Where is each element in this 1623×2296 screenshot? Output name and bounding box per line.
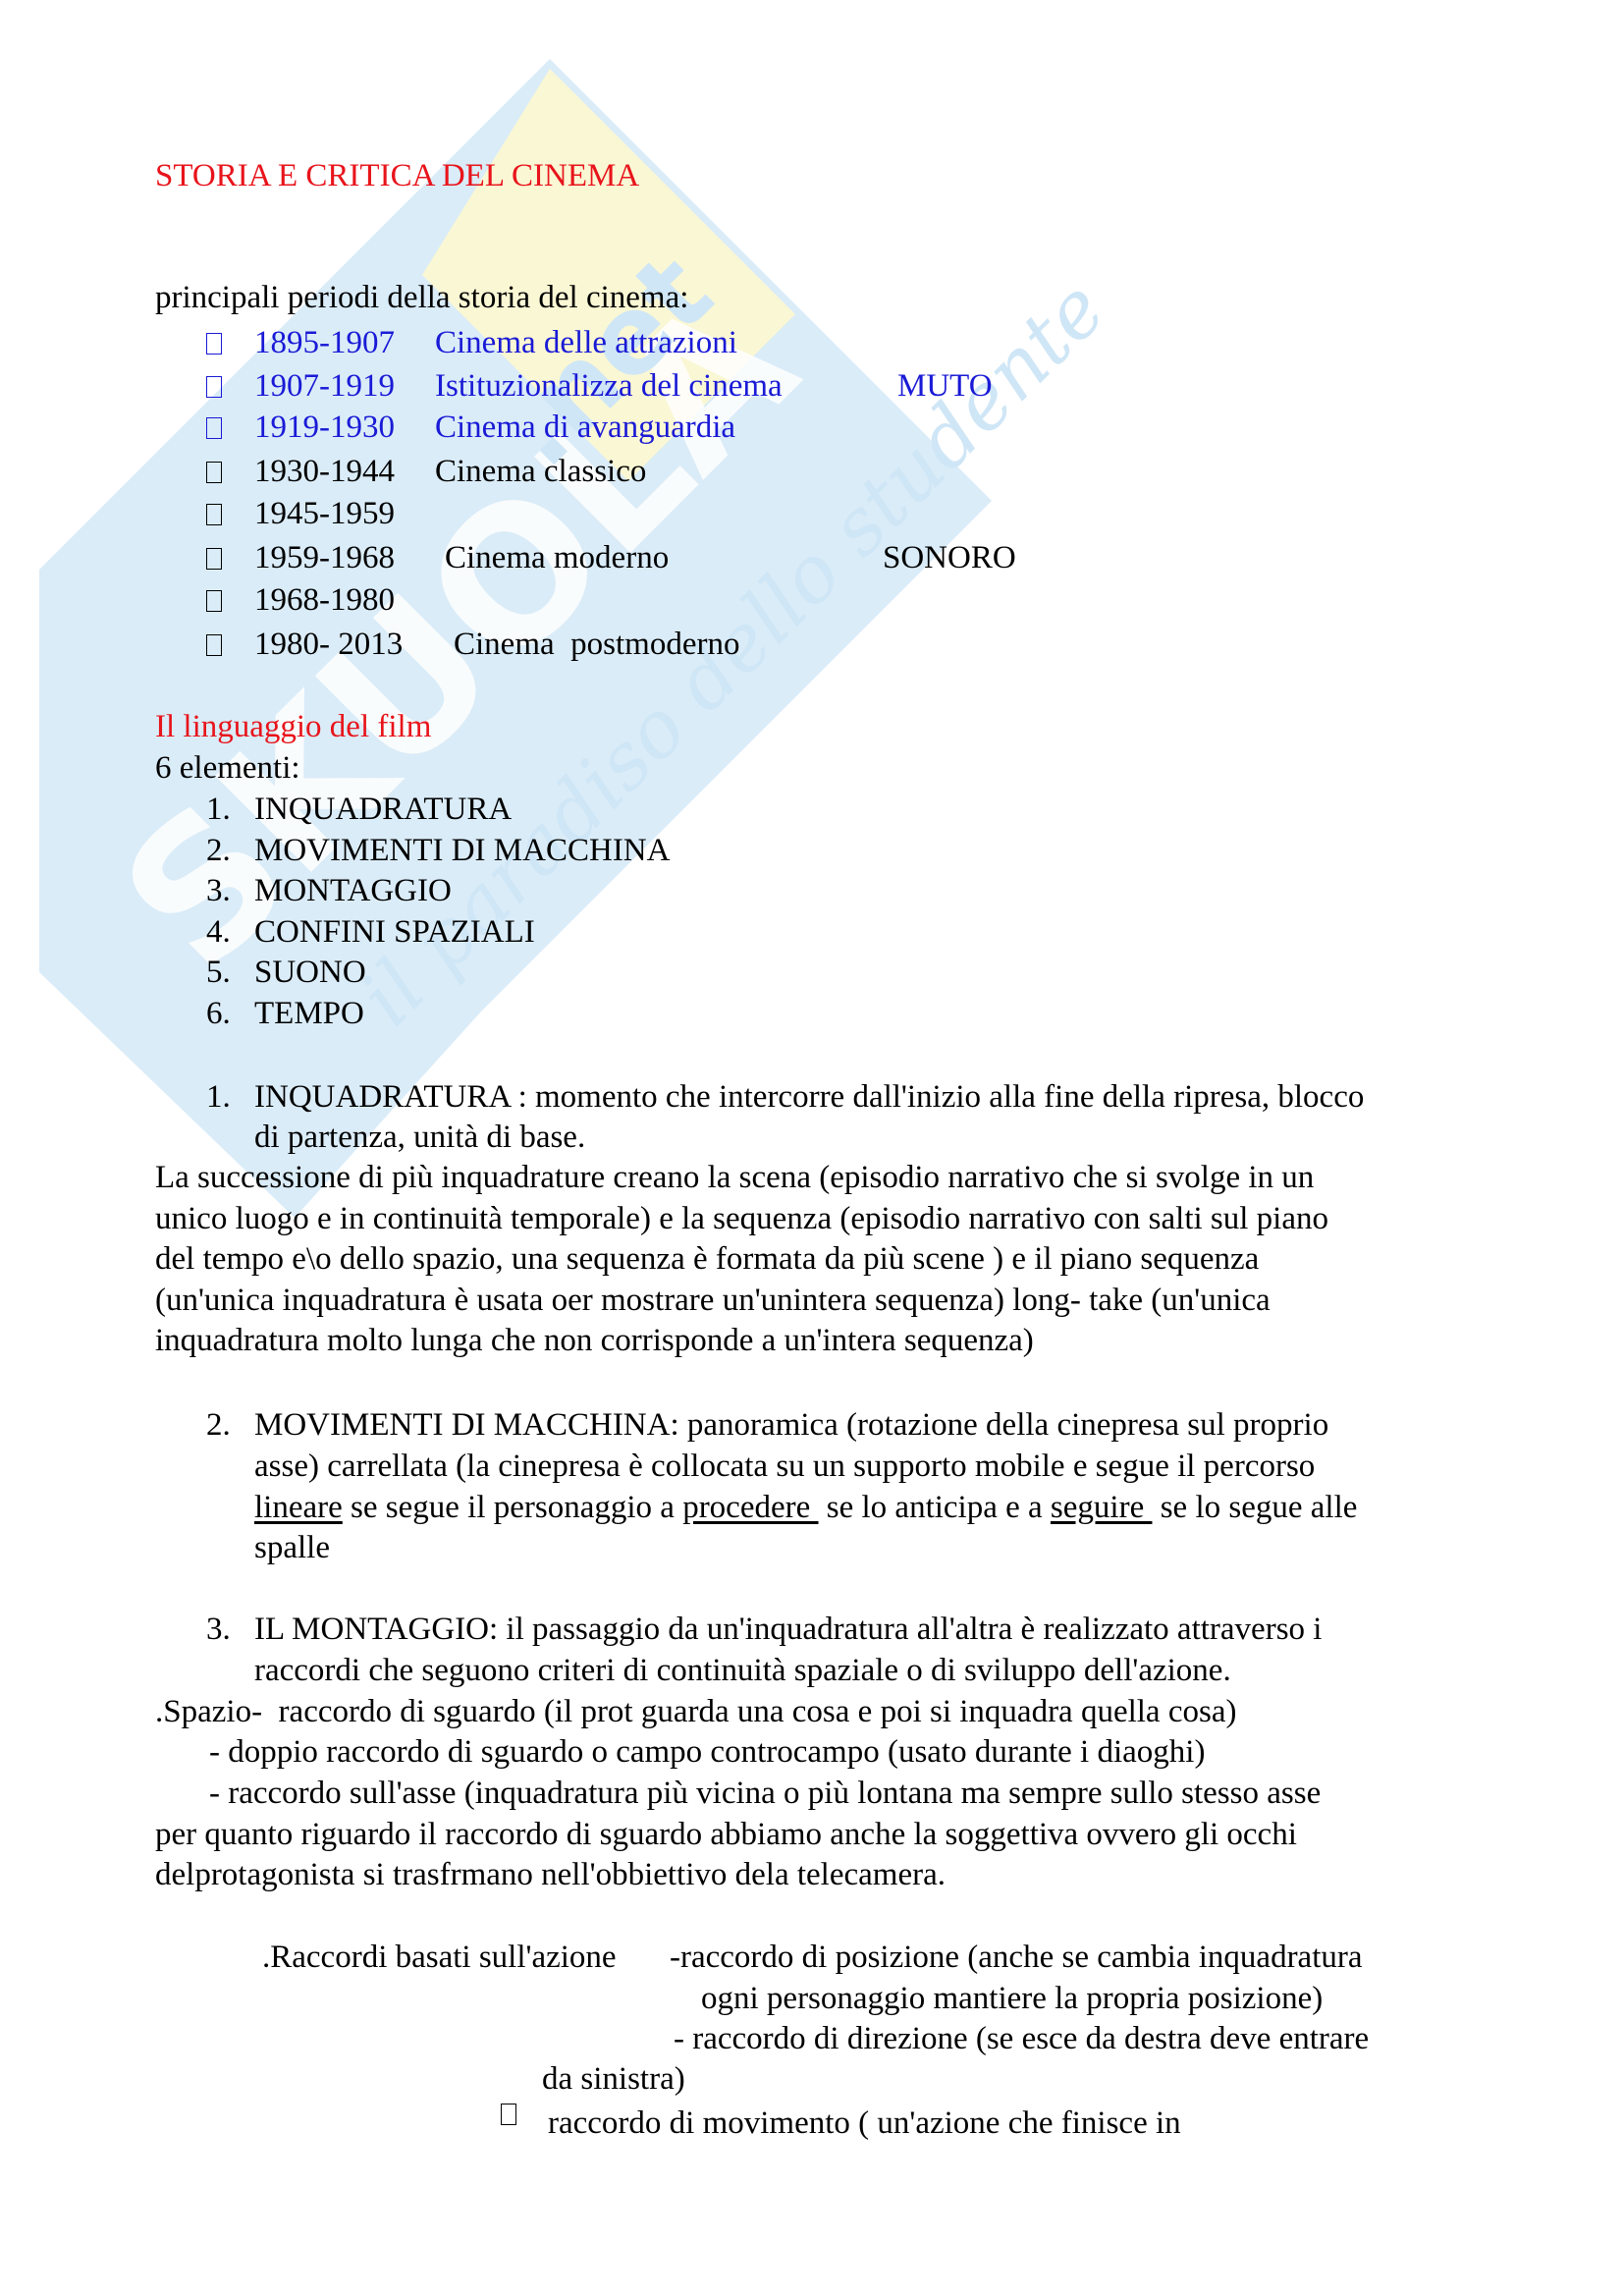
raccordo-direzione-line-2: da sinistra): [542, 2063, 685, 2096]
elements-count: 6 elementi:: [155, 752, 300, 785]
checkbox-bullet-icon: [206, 590, 222, 612]
spazio-line: .Spazio- raccordo di sguardo (il prot gu…: [155, 1696, 1236, 1728]
section-2-line-2: asse) carrellata (la cinepresa è colloca…: [254, 1450, 1315, 1483]
period-name: Cinema delle attrazioni: [435, 327, 737, 359]
page-title: STORIA E CRITICA DEL CINEMA: [155, 160, 639, 192]
raccordi-azione-label: .Raccordi basati sull'azione: [262, 1941, 617, 1974]
element-number: 1.: [206, 793, 231, 826]
period-years: 1980- 2013: [254, 629, 403, 661]
delprotagonista-line: delprotagonista si trasfrmano nell'obbie…: [155, 1859, 946, 1891]
period-years: 1968-1980: [254, 584, 395, 617]
paragraph-line: (un'unica inquadratura è usata oer mostr…: [155, 1285, 1271, 1317]
raccordo-posizione-line-2: ogni personaggio mantiere la propria pos…: [701, 1983, 1323, 2015]
period-name: Cinema postmoderno: [454, 629, 739, 661]
period-name: Cinema di avanguardia: [435, 411, 735, 444]
paragraph-line: del tempo e\o dello spazio, una sequenza…: [155, 1243, 1259, 1276]
period-name: Cinema classico: [435, 456, 646, 488]
section-3-line-2: raccordi che seguono criteri di continui…: [254, 1655, 1231, 1687]
paragraph-line: La successione di più inquadrature crean…: [155, 1162, 1314, 1194]
section-2-line-3: lineare se segue il personaggio a proced…: [254, 1492, 1357, 1524]
section-1-number: 1.: [206, 1081, 231, 1114]
paragraph-line: inquadratura molto lunga che non corrisp…: [155, 1325, 1034, 1357]
element-label: MONTAGGIO: [254, 875, 452, 907]
paragraph-line: unico luogo e in continuità temporale) e…: [155, 1203, 1328, 1235]
raccordo-movimento-line: raccordo di movimento ( un'azione che fi…: [548, 2107, 1181, 2140]
element-number: 3.: [206, 875, 231, 907]
section-3-line-1: IL MONTAGGIO: il passaggio da un'inquadr…: [254, 1613, 1322, 1646]
element-label: SUONO: [254, 957, 366, 989]
raccordo-asse-line: - raccordo sull'asse (inquadratura più v…: [209, 1777, 1321, 1810]
section-1-line-2: di partenza, unità di base.: [254, 1121, 585, 1154]
section-2-number: 2.: [206, 1409, 231, 1442]
element-label: TEMPO: [254, 998, 364, 1030]
checkbox-bullet-icon: [206, 462, 222, 483]
checkbox-bullet-icon: [206, 333, 222, 355]
checkbox-bullet-icon: [206, 634, 222, 656]
element-number: 6.: [206, 998, 231, 1030]
term-lineare: lineare: [254, 1490, 343, 1525]
raccordo-posizione-line-1: -raccordo di posizione (anche se cambia …: [670, 1941, 1363, 1974]
period-tag: MUTO: [897, 370, 993, 403]
term-seguire: seguire: [1051, 1490, 1153, 1525]
periods-intro: principali periodi della storia del cine…: [155, 282, 688, 314]
checkbox-bullet-icon: [206, 376, 222, 398]
element-number: 2.: [206, 835, 231, 867]
period-years: 1919-1930: [254, 411, 395, 444]
per-quanto-line: per quanto riguardo il raccordo di sguar…: [155, 1819, 1297, 1851]
period-years: 1930-1944: [254, 456, 395, 488]
period-years: 1895-1907: [254, 327, 395, 359]
section-3-number: 3.: [206, 1613, 231, 1646]
section-1-line-1: INQUADRATURA : momento che intercorre da…: [254, 1081, 1364, 1114]
term-procedere: procedere: [682, 1490, 818, 1525]
period-name: Istituzionalizza del cinema: [435, 370, 783, 403]
element-label: INQUADRATURA: [254, 793, 512, 826]
element-label: MOVIMENTI DI MACCHINA: [254, 835, 670, 867]
section-2-line-4: spalle: [254, 1532, 330, 1564]
doppio-raccordo-line: - doppio raccordo di sguardo o campo con…: [209, 1736, 1205, 1769]
period-name: Cinema moderno: [445, 542, 669, 574]
checkbox-bullet-icon: [206, 417, 222, 439]
section-2-line-1: MOVIMENTI DI MACCHINA: panoramica (rotaz…: [254, 1409, 1328, 1442]
element-number: 5.: [206, 957, 231, 989]
checkbox-bullet-icon: [206, 504, 222, 525]
bullet-box-icon: [501, 2104, 516, 2125]
element-label: CONFINI SPAZIALI: [254, 916, 535, 949]
period-tag: SONORO: [883, 542, 1016, 574]
checkbox-bullet-icon: [206, 548, 222, 570]
period-years: 1907-1919: [254, 370, 395, 403]
period-years: 1959-1968: [254, 542, 395, 574]
raccordo-direzione-line-1: - raccordo di direzione (se esce da dest…: [674, 2023, 1369, 2055]
element-number: 4.: [206, 916, 231, 949]
language-heading: Il linguaggio del film: [155, 711, 431, 743]
period-years: 1945-1959: [254, 498, 395, 530]
